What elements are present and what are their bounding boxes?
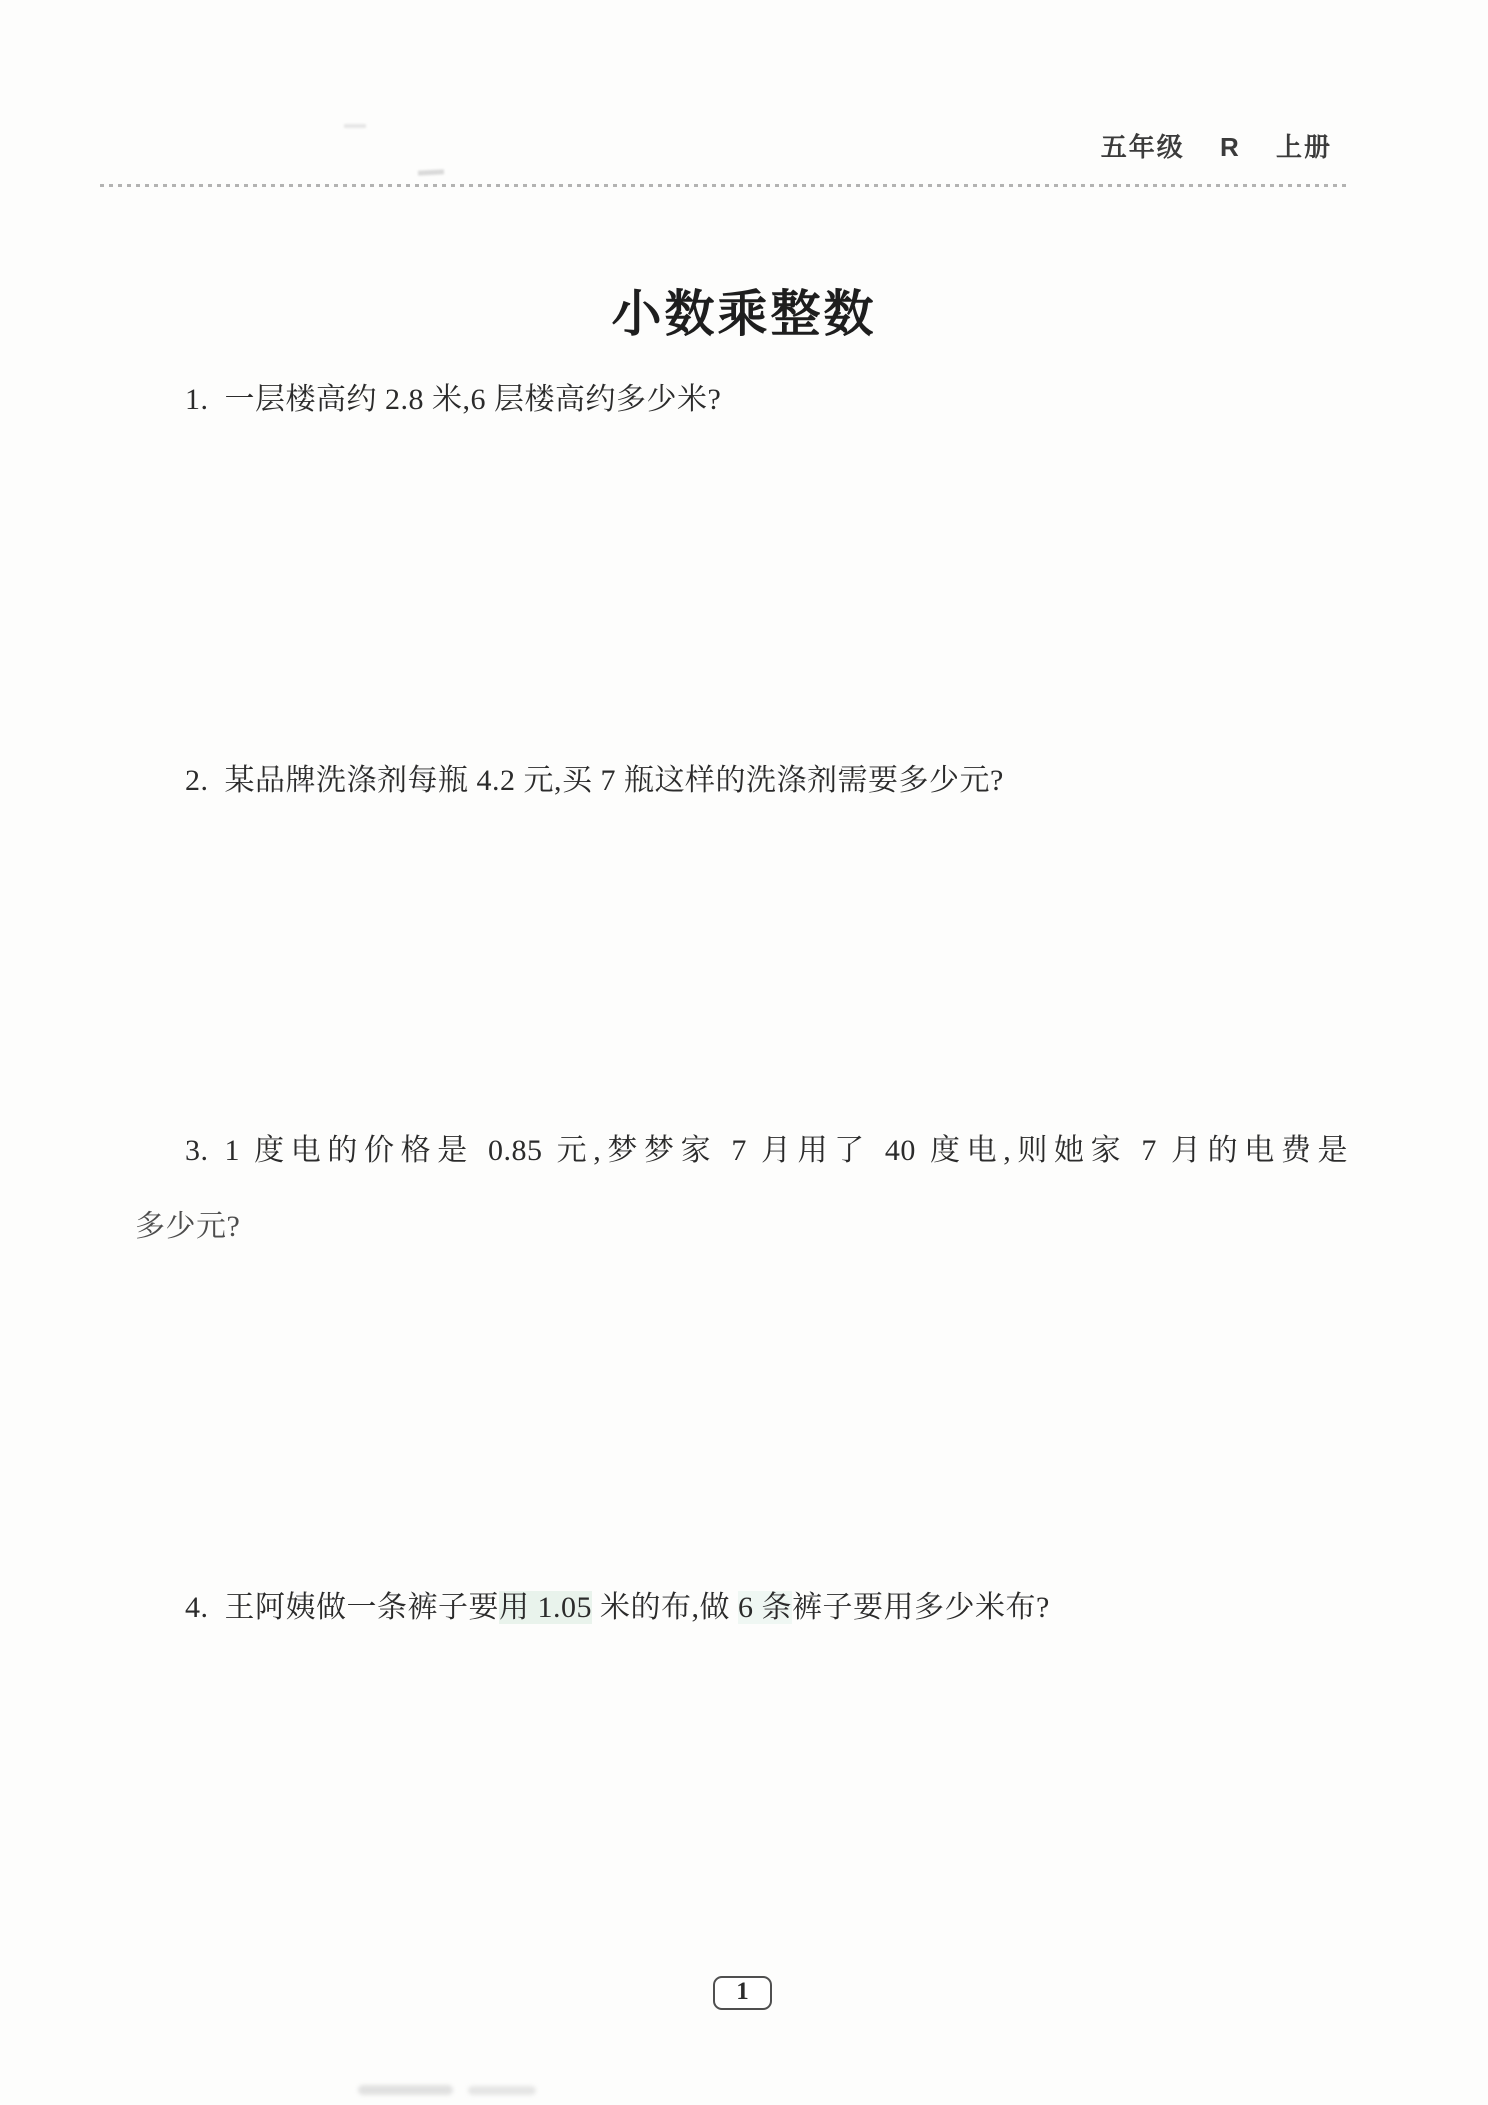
problem-4-highlighted-value-2: 6 条 (738, 1591, 792, 1624)
problem-4: 4.王阿姨做一条裤子要用 1.05 米的布,做 6 条裤子要用多少米布? (185, 1588, 1050, 1628)
scan-smudge (468, 2086, 536, 2095)
header-volume-label: 上册 (1276, 132, 1332, 162)
problem-4-text-seg3: 裤子要用多少米布? (792, 1591, 1050, 1624)
problem-4-text-seg2: 米的布,做 (592, 1591, 738, 1624)
page-number-box: 1 (713, 1976, 772, 2010)
problem-4-number: 4. (185, 1591, 209, 1624)
page-header: 五年级 R 上册 (1101, 127, 1332, 164)
problem-1-number: 1. (185, 383, 209, 416)
problem-3-text-line1: 1 度电的价格是 0.85 元,梦梦家 7 月用了 40 度电,则她家 7 月的… (225, 1134, 1349, 1167)
scan-smudge (358, 2085, 453, 2095)
header-grade-label: 五年级 (1101, 132, 1185, 162)
page-number: 1 (736, 1978, 749, 2006)
scan-speck (344, 124, 366, 128)
worksheet-page: 五年级 R 上册 小数乘整数 1.一层楼高约 2.8 米,6 层楼高约多少米? … (0, 0, 1488, 2105)
problem-1: 1.一层楼高约 2.8 米,6 层楼高约多少米? (185, 380, 721, 420)
scan-speck (418, 169, 444, 175)
dotted-divider (100, 184, 1346, 187)
lesson-title: 小数乘整数 (0, 274, 1488, 346)
problem-3-number: 3. (185, 1134, 209, 1167)
problem-2-number: 2. (185, 764, 209, 797)
problem-3-line2: 多少元? (135, 1207, 240, 1247)
problem-4-text-seg1: 王阿姨做一条裤子要 (225, 1591, 500, 1624)
problem-4-highlighted-value-1: 用 1.05 (499, 1591, 592, 1624)
problem-3-text-line2: 多少元? (135, 1210, 240, 1243)
header-edition-label: R (1220, 132, 1241, 162)
problem-2: 2.某品牌洗涤剂每瓶 4.2 元,买 7 瓶这样的洗涤剂需要多少元? (185, 761, 1004, 801)
problem-2-text: 某品牌洗涤剂每瓶 4.2 元,买 7 瓶这样的洗涤剂需要多少元? (225, 764, 1004, 797)
problem-1-text: 一层楼高约 2.8 米,6 层楼高约多少米? (225, 383, 722, 416)
problem-3-line1: 3.1 度电的价格是 0.85 元,梦梦家 7 月用了 40 度电,则她家 7 … (185, 1131, 1348, 1171)
